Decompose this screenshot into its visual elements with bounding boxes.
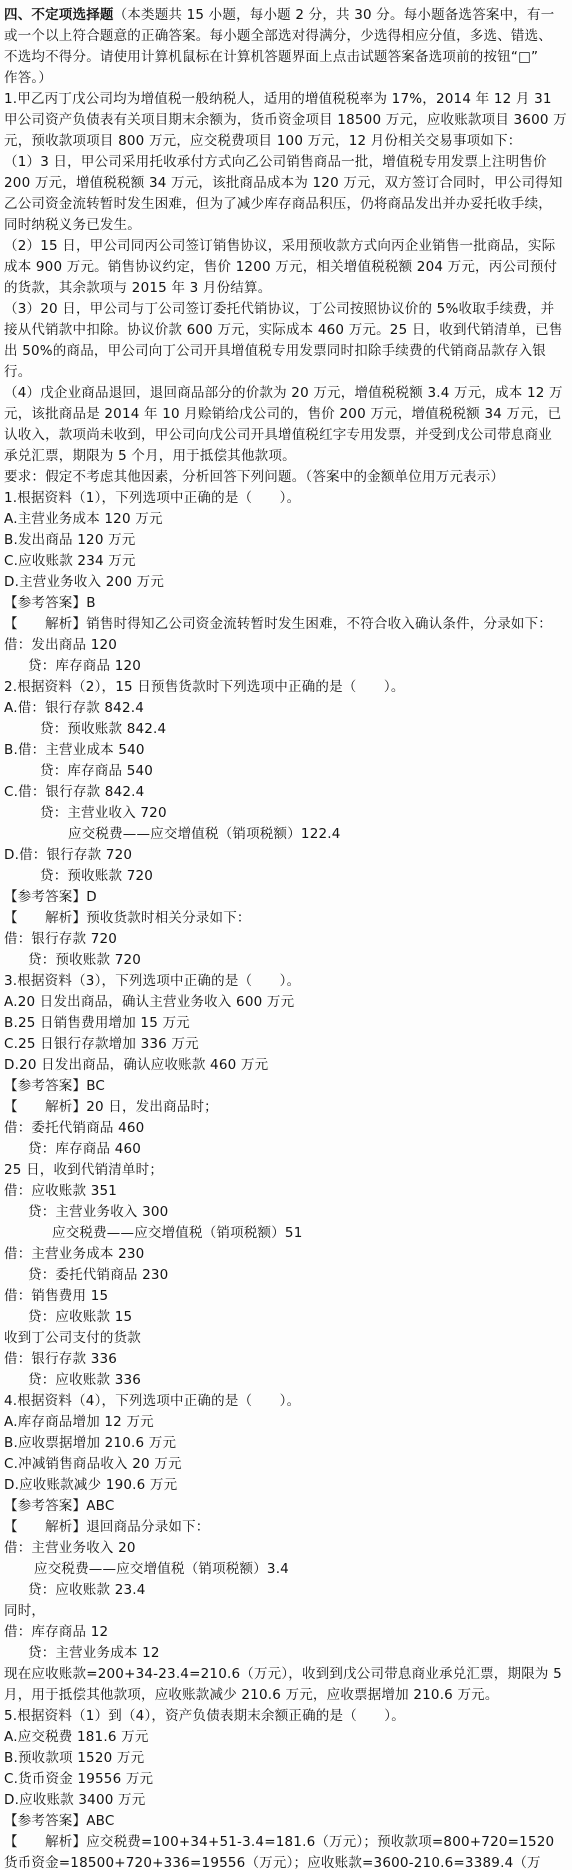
text-line: 贷：预收账款 720 <box>4 950 568 971</box>
text-line: 同时纳税义务已发生。 <box>4 215 568 236</box>
text-line: C.货币资金 19556 万元 <box>4 1769 568 1790</box>
text-line: D.应收账款减少 190.6 万元 <box>4 1475 568 1496</box>
text-line: 贷：库存商品 120 <box>4 656 568 677</box>
text-line: 【 解析】销售时得知乙公司资金流转暂时发生困难，不符合收入确认条件，分录如下： <box>4 614 568 635</box>
text-line: 应交税费——应交增值税（销项税额）51 <box>4 1223 568 1244</box>
text-line: 借：银行存款 720 <box>4 929 568 950</box>
text-line: 甲公司资产负债表有关项目期末余额为，货币资金项目 18500 万元，应收账款项目… <box>4 110 568 131</box>
text-line: 贷：主营业务收入 300 <box>4 1202 568 1223</box>
text-line: 货币资金=18500+720+336=19556（万元）；应收账款=3600-2… <box>4 1853 568 1870</box>
text-line: C.冲减销售商品收入 20 万元 <box>4 1454 568 1475</box>
text-line: 行。 <box>4 362 568 383</box>
text-line: 要求：假定不考虑其他因素，分析回答下列问题。（答案中的金额单位用万元表示） <box>4 467 568 488</box>
text-line: 或一个以上符合题意的正确答案。每小题全部选对得满分，少选得相应分值，多选、错选、 <box>4 26 568 47</box>
text-line: 5.根据资料（1）到（4），资产负债表期末余额正确的是（ ）。 <box>4 1706 568 1727</box>
text-line: D.主营业务收入 200 万元 <box>4 572 568 593</box>
text-line: 4.根据资料（4），下列选项中正确的是（ ）。 <box>4 1391 568 1412</box>
text-line: （3）20 日，甲公司与丁公司签订委托代销协议，丁公司按照协议价的 5%收取手续… <box>4 299 568 320</box>
text-line: B.预收款项 1520 万元 <box>4 1748 568 1769</box>
text-line: B.25 日销售费用增加 15 万元 <box>4 1013 568 1034</box>
text-line: 【参考答案】ABC <box>4 1811 568 1832</box>
text-line: A.应交税费 181.6 万元 <box>4 1727 568 1748</box>
text-line: 【 解析】预收货款时相关分录如下： <box>4 908 568 929</box>
text-line: 2.根据资料（2），15 日预售货款时下列选项中正确的是（ ）。 <box>4 677 568 698</box>
text-line: 收到丁公司支付的货款 <box>4 1328 568 1349</box>
text-line: 承兑汇票，期限为 5 个月，用于抵偿其他款项。 <box>4 446 568 467</box>
text-line: A.借：银行存款 842.4 <box>4 698 568 719</box>
text-line: 元，预收款项项目 800 万元，应交税费项目 100 万元，12 月份相关交易事… <box>4 131 568 152</box>
text-line: 应交税费——应交增值税（销项税额）3.4 <box>4 1559 568 1580</box>
text-line: 【参考答案】B <box>4 593 568 614</box>
text-line: 借：委托代销商品 460 <box>4 1118 568 1139</box>
text-line: 借：主营业务成本 230 <box>4 1244 568 1265</box>
text-line: B.应收票据增加 210.6 万元 <box>4 1433 568 1454</box>
text-line: 借：发出商品 120 <box>4 635 568 656</box>
text-line: A.主营业务成本 120 万元 <box>4 509 568 530</box>
text-line: 乙公司资金流转暂时发生困难，但为了减少库存商品积压，仍将商品发出并办妥托收手续， <box>4 194 568 215</box>
text-line: 贷：预收账款 842.4 <box>4 719 568 740</box>
text-line: （4）戊企业商品退回，退回商品部分的价款为 20 万元，增值税税额 3.4 万元… <box>4 383 568 404</box>
text-line: 贷：预收账款 720 <box>4 866 568 887</box>
text-line: B.借：主营业成本 540 <box>4 740 568 761</box>
text-line: 借：主营业务收入 20 <box>4 1538 568 1559</box>
text-line: 1.甲乙丙丁戊公司均为增值税一般纳税人，适用的增值税税率为 17%，2014 年… <box>4 89 568 110</box>
text-line: A.库存商品增加 12 万元 <box>4 1412 568 1433</box>
text-line: 借：银行存款 336 <box>4 1349 568 1370</box>
text-line: B.发出商品 120 万元 <box>4 530 568 551</box>
text-line: 25 日，收到代销清单时； <box>4 1160 568 1181</box>
text-line: 四、不定项选择题（本类题共 15 小题，每小题 2 分，共 30 分。每小题备选… <box>4 5 568 26</box>
text-line: C.借：银行存款 842.4 <box>4 782 568 803</box>
text-line: 不选均不得分。请使用计算机鼠标在计算机答题界面上点击试题答案备选项前的按钮“□” <box>4 47 568 68</box>
text-line: 出 50%的商品，甲公司向丁公司开具增值税专用发票同时扣除手续费的代销商品款存入… <box>4 341 568 362</box>
text-line: 借：应收账款 351 <box>4 1181 568 1202</box>
text-line: 1.根据资料（1），下列选项中正确的是（ ）。 <box>4 488 568 509</box>
text-line: 【 解析】退回商品分录如下： <box>4 1517 568 1538</box>
text-line: 同时， <box>4 1601 568 1622</box>
text-line: 贷：应收账款 15 <box>4 1307 568 1328</box>
text-line: 贷：库存商品 460 <box>4 1139 568 1160</box>
text-line: 【参考答案】D <box>4 887 568 908</box>
text-line: 的货款，其余款项与 2015 年 3 月份结算。 <box>4 278 568 299</box>
exam-document: 四、不定项选择题（本类题共 15 小题，每小题 2 分，共 30 分。每小题备选… <box>0 0 572 1870</box>
text-line: 【参考答案】BC <box>4 1076 568 1097</box>
text-line: 作答。） <box>4 68 568 89</box>
text-line: 借：销售费用 15 <box>4 1286 568 1307</box>
text-line: D.20 日发出商品，确认应收账款 460 万元 <box>4 1055 568 1076</box>
text-line: 贷：库存商品 540 <box>4 761 568 782</box>
text-line: A.20 日发出商品，确认主营业务收入 600 万元 <box>4 992 568 1013</box>
text-line: 接从代销款中扣除。协议价款 600 万元，实际成本 460 万元。25 日，收到… <box>4 320 568 341</box>
text-line: 200 万元，增值税税额 34 万元，该批商品成本为 120 万元，双方签订合同… <box>4 173 568 194</box>
text-line: 贷：委托代销商品 230 <box>4 1265 568 1286</box>
section-heading: 四、不定项选择题 <box>4 7 114 23</box>
text-line: 贷：主营业务成本 12 <box>4 1643 568 1664</box>
text-line: （2）15 日，甲公司同丙公司签订销售协议，采用预收款方式向丙企业销售一批商品，… <box>4 236 568 257</box>
text-line: D.借：银行存款 720 <box>4 845 568 866</box>
text-line: 元，该批商品是 2014 年 10 月赊销给戊公司的，售价 200 万元，增值税… <box>4 404 568 425</box>
text-line: 【 解析】应交税费=100+34+51-3.4=181.6（万元）；预收款项=8… <box>4 1832 568 1853</box>
text-line: 现在应收账款=200+34-23.4=210.6（万元），收到到戊公司带息商业承… <box>4 1664 568 1685</box>
text-line: 应交税费——应交增值税（销项税额）122.4 <box>4 824 568 845</box>
text-line: 贷：应收账款 23.4 <box>4 1580 568 1601</box>
text-line: 月，用于抵偿其他款项，应收账款减少 210.6 万元，应收票据增加 210.6 … <box>4 1685 568 1706</box>
text-line: 【参考答案】ABC <box>4 1496 568 1517</box>
text-line: 【 解析】20 日，发出商品时； <box>4 1097 568 1118</box>
text-line: C.应收账款 234 万元 <box>4 551 568 572</box>
text-line: 借：库存商品 12 <box>4 1622 568 1643</box>
text-line: 成本 900 万元。销售协议约定，售价 1200 万元，相关增值税税额 204 … <box>4 257 568 278</box>
text-line: 认收入，款项尚未收到，甲公司向戊公司开具增值税红字专用发票，并受到戊公司带息商业 <box>4 425 568 446</box>
text-line: D.应收账款 3400 万元 <box>4 1790 568 1811</box>
text-line: 贷：应收账款 336 <box>4 1370 568 1391</box>
text-line: （1）3 日，甲公司采用托收承付方式向乙公司销售商品一批，增值税专用发票上注明售… <box>4 152 568 173</box>
text-line: 3.根据资料（3），下列选项中正确的是（ ）。 <box>4 971 568 992</box>
text-line: 贷：主营业收入 720 <box>4 803 568 824</box>
text-line: C.25 日银行存款增加 336 万元 <box>4 1034 568 1055</box>
